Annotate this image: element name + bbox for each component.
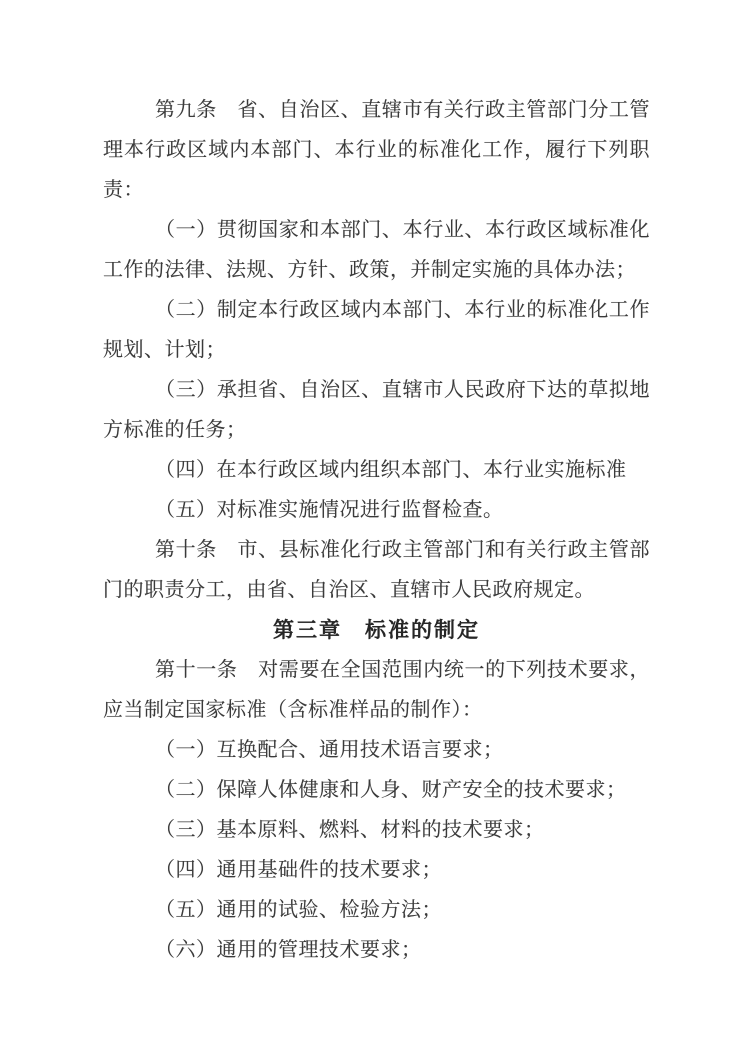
list-item-article-11-5: （五）通用的试验、检验方法； [103,890,650,930]
list-item-article-9-5: （五）对标准实施情况进行监督检查。 [103,490,650,530]
paragraph-article-9: 第九条 省、自治区、直辖市有关行政主管部门分工管理本行政区域内本部门、本行业的标… [103,90,650,210]
list-item-article-9-2: （二）制定本行政区域内本部门、本行业的标准化工作规划、计划； [103,290,650,370]
list-item-article-11-3: （三）基本原料、燃料、材料的技术要求； [103,810,650,850]
list-item-article-9-1: （一）贯彻国家和本部门、本行业、本行政区域标准化工作的法律、法规、方针、政策，并… [103,210,650,290]
list-item-article-11-1: （一）互换配合、通用技术语言要求； [103,730,650,770]
list-item-article-11-2: （二）保障人体健康和人身、财产安全的技术要求； [103,770,650,810]
list-item-article-11-6: （六）通用的管理技术要求； [103,930,650,970]
paragraph-article-10: 第十条 市、县标准化行政主管部门和有关行政主管部门的职责分工，由省、自治区、直辖… [103,530,650,610]
paragraph-article-11: 第十一条 对需要在全国范围内统一的下列技术要求，应当制定国家标准（含标准样品的制… [103,650,650,730]
list-item-article-9-3: （三）承担省、自治区、直辖市人民政府下达的草拟地方标准的任务； [103,370,650,450]
document-page: 第九条 省、自治区、直辖市有关行政主管部门分工管理本行政区域内本部门、本行业的标… [0,0,750,1060]
list-item-article-9-4: （四）在本行政区域内组织本部门、本行业实施标准 [103,450,650,490]
list-item-article-11-4: （四）通用基础件的技术要求； [103,850,650,890]
document-text-block: 第九条 省、自治区、直辖市有关行政主管部门分工管理本行政区域内本部门、本行业的标… [0,0,750,970]
chapter-heading: 第三章 标准的制定 [103,610,650,650]
